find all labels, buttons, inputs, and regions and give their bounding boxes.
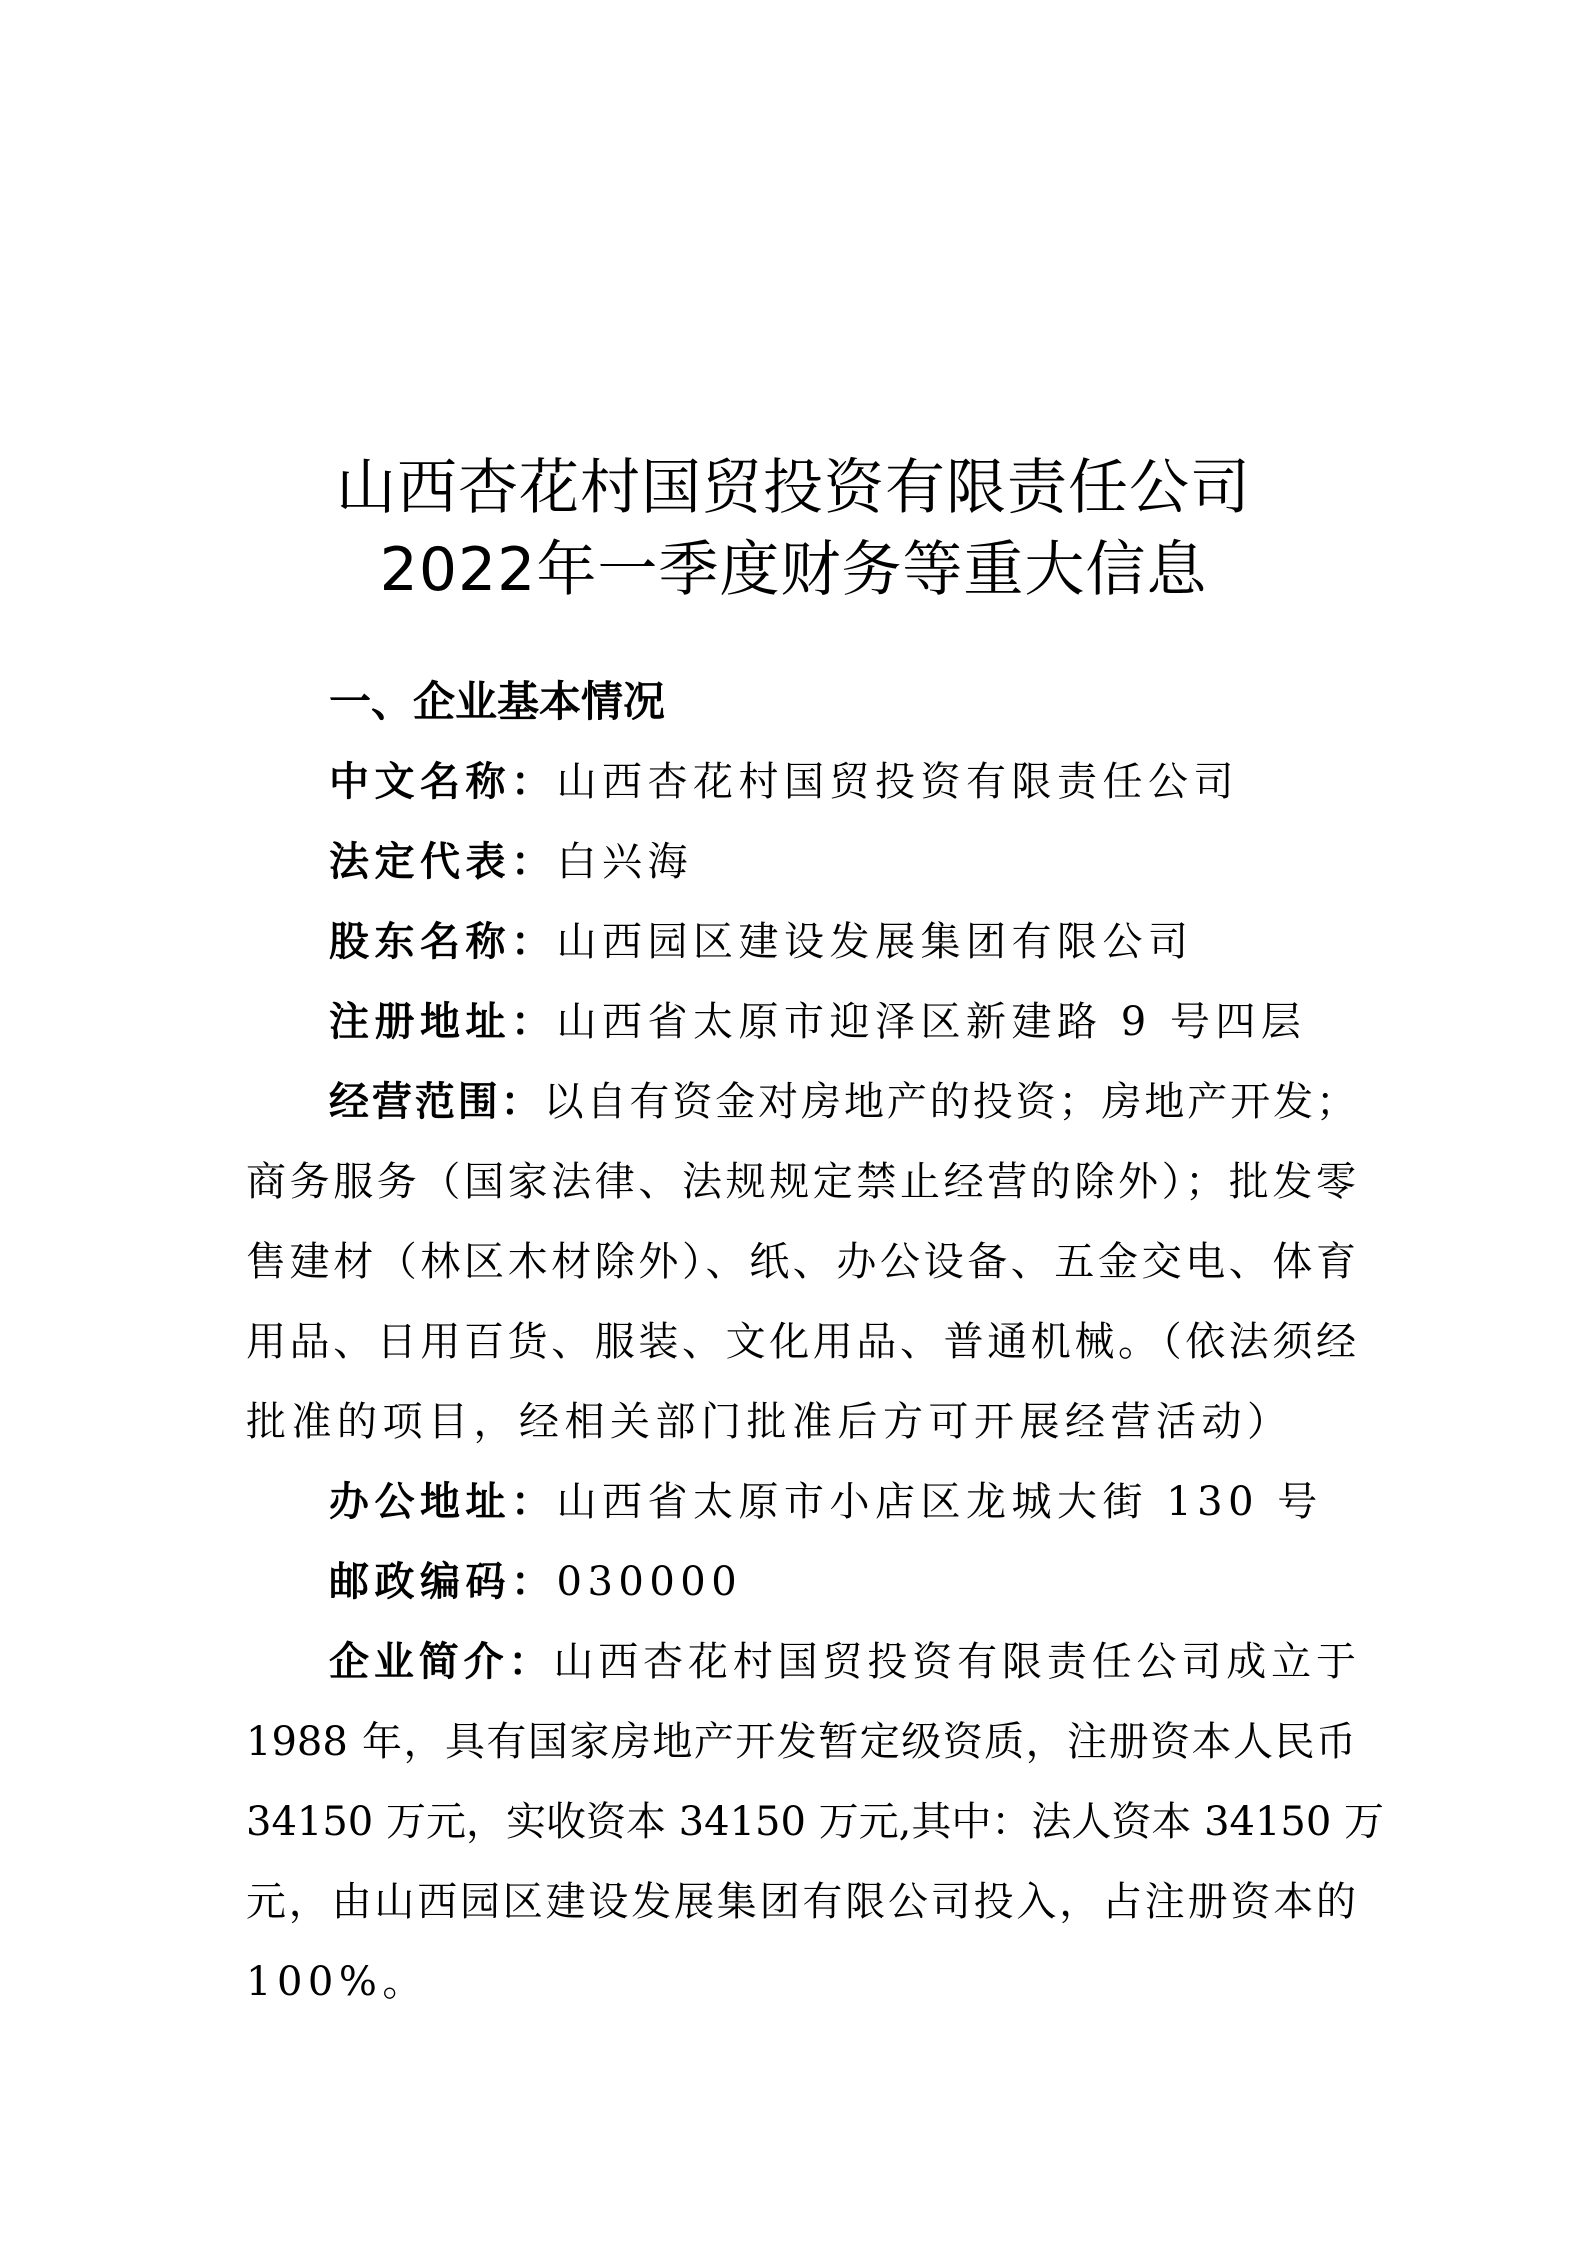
paragraph-line: 商务服务（国家法律、法规规定禁止经营的除外）；批发零 <box>246 1152 1356 1212</box>
field-shareholder: 股东名称：山西园区建设发展集团有限公司 <box>329 912 1194 972</box>
field-value: 山西园区建设发展集团有限公司 <box>557 919 1194 965</box>
field-value: 山西杏花村国贸投资有限责任公司成立于 <box>553 1639 1356 1685</box>
paragraph-line: 1988 年，具有国家房地产开发暂定级资质，注册资本人民币 <box>246 1712 1356 1772</box>
document-title-line2: 2022年一季度财务等重大信息 <box>0 530 1587 610</box>
paragraph-line: 售建材（林区木材除外）、纸、办公设备、五金交电、体育 <box>246 1232 1356 1292</box>
paragraph-line: 元，由山西园区建设发展集团有限公司投入，占注册资本的 <box>246 1872 1356 1932</box>
field-label: 邮政编码： <box>329 1558 557 1605</box>
field-postcode: 邮政编码：030000 <box>329 1552 742 1612</box>
field-value: 山西省太原市迎泽区新建路 9 号四层 <box>557 999 1307 1045</box>
field-label: 经营范围： <box>329 1078 544 1125</box>
paragraph-line: 企业简介：山西杏花村国贸投资有限责任公司成立于 <box>329 1632 1356 1692</box>
paragraph-line: 经营范围：以自有资金对房地产的投资；房地产开发； <box>329 1072 1356 1132</box>
section-heading: 一、企业基本情况 <box>329 672 665 732</box>
paragraph-line: 用品、日用百货、服装、文化用品、普通机械。（依法须经 <box>246 1312 1356 1372</box>
field-value: 山西省太原市小店区龙城大街 130 号 <box>557 1479 1323 1525</box>
field-value: 030000 <box>557 1559 743 1605</box>
field-registered-address: 注册地址：山西省太原市迎泽区新建路 9 号四层 <box>329 992 1306 1052</box>
paragraph-line: 100%。 <box>246 1952 428 2012</box>
field-chinese-name: 中文名称：山西杏花村国贸投资有限责任公司 <box>329 752 1239 812</box>
field-office-address: 办公地址：山西省太原市小店区龙城大街 130 号 <box>329 1472 1323 1532</box>
field-value: 白兴海 <box>557 839 694 885</box>
paragraph-line: 批准的项目，经相关部门批准后方可开展经营活动） <box>246 1392 1293 1452</box>
field-label: 注册地址： <box>329 998 557 1045</box>
field-label: 中文名称： <box>329 758 557 805</box>
field-label: 企业简介： <box>329 1638 553 1685</box>
field-value: 山西杏花村国贸投资有限责任公司 <box>557 759 1240 805</box>
paragraph-line: 34150 万元，实收资本 34150 万元,其中：法人资本 34150 万 <box>246 1792 1356 1852</box>
field-legal-representative: 法定代表：白兴海 <box>329 832 693 892</box>
field-label: 法定代表： <box>329 838 557 885</box>
document-title-line1: 山西杏花村国贸投资有限责任公司 <box>0 448 1587 528</box>
field-value: 以自有资金对房地产的投资；房地产开发； <box>544 1079 1356 1125</box>
field-label: 股东名称： <box>329 918 557 965</box>
field-label: 办公地址： <box>329 1478 557 1525</box>
